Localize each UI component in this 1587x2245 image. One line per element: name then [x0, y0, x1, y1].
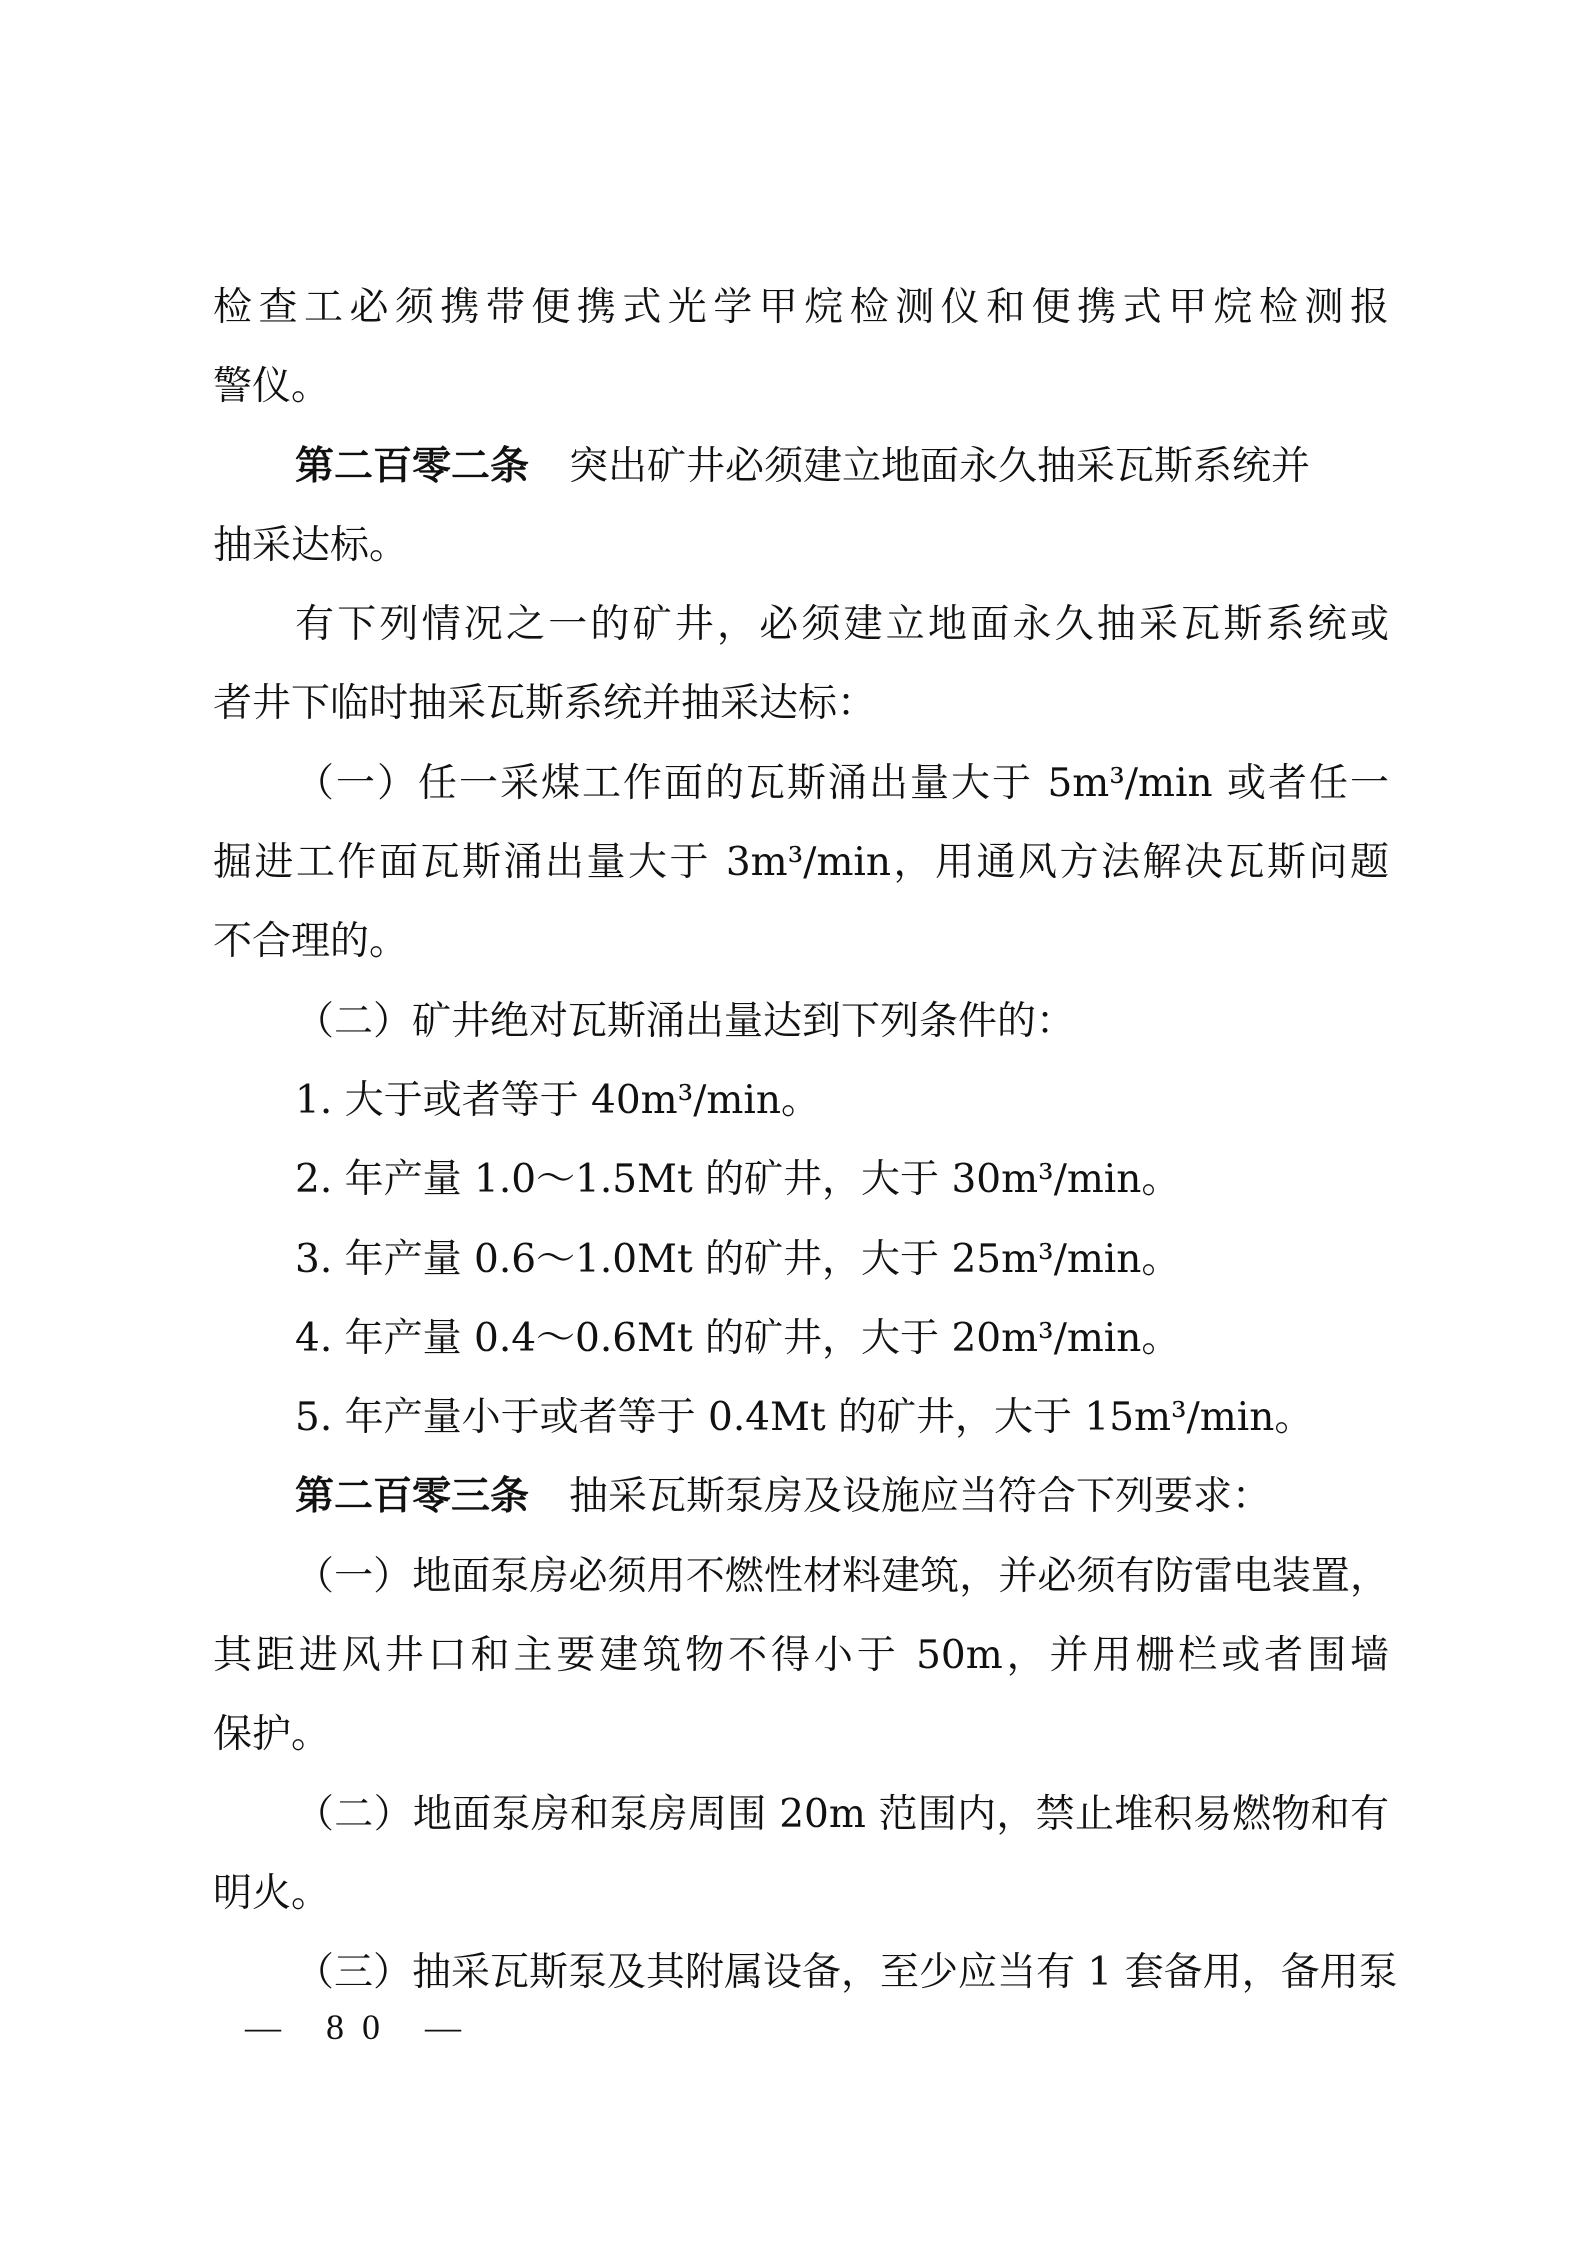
text-line: （一）地面泵房必须用不燃性材料建筑，并必须有防雷电装置， — [213, 1537, 1389, 1616]
text-line: 掘进工作面瓦斯涌出量大于 3m³/min，用通风方法解决瓦斯问题 — [213, 823, 1389, 902]
text-line: （二）地面泵房和泵房周围 20m 范围内，禁止堆积易燃物和有 — [213, 1775, 1389, 1854]
text-line: 明火。 — [213, 1854, 1389, 1933]
list-item: 2. 年产量 1.0～1.5Mt 的矿井，大于 30m³/min。 — [213, 1140, 1389, 1219]
article-202-line: 第二百零二条突出矿井必须建立地面永久抽采瓦斯系统并 — [213, 427, 1389, 506]
text-line: 其距进风井口和主要建筑物不得小于 50m，并用栅栏或者围墙 — [213, 1616, 1389, 1695]
page-number: — 80 — — [245, 2006, 479, 2048]
document-body: 检查工必须携带便携式光学甲烷检测仪和便携式甲烷检测报 警仪。 第二百零二条突出矿… — [213, 268, 1389, 2013]
text-line: 保护。 — [213, 1695, 1389, 1774]
article-text: 突出矿井必须建立地面永久抽采瓦斯系统并 — [569, 444, 1310, 489]
text-line: 者井下临时抽采瓦斯系统并抽采达标： — [213, 664, 1389, 743]
article-text: 抽采瓦斯泵房及设施应当符合下列要求： — [569, 1474, 1271, 1519]
list-item: 5. 年产量小于或者等于 0.4Mt 的矿井，大于 15m³/min。 — [213, 1378, 1389, 1457]
text-line: （三）抽采瓦斯泵及其附属设备，至少应当有 1 套备用，备用泵 — [213, 1933, 1389, 2012]
article-heading: 第二百零二条 — [295, 444, 529, 489]
text-line: （二）矿井绝对瓦斯涌出量达到下列条件的： — [213, 982, 1389, 1061]
article-heading: 第二百零三条 — [295, 1474, 529, 1519]
text-line: 不合理的。 — [213, 902, 1389, 981]
text-line: 抽采达标。 — [213, 506, 1389, 585]
text-line: 有下列情况之一的矿井，必须建立地面永久抽采瓦斯系统或 — [213, 585, 1389, 664]
text-line: 检查工必须携带便携式光学甲烷检测仪和便携式甲烷检测报 — [213, 268, 1389, 347]
text-line: （一）任一采煤工作面的瓦斯涌出量大于 5m³/min 或者任一 — [213, 744, 1389, 823]
text-line: 警仪。 — [213, 347, 1389, 426]
article-203-line: 第二百零三条抽采瓦斯泵房及设施应当符合下列要求： — [213, 1457, 1389, 1536]
list-item: 3. 年产量 0.6～1.0Mt 的矿井，大于 25m³/min。 — [213, 1220, 1389, 1299]
list-item: 1. 大于或者等于 40m³/min。 — [213, 1061, 1389, 1140]
list-item: 4. 年产量 0.4～0.6Mt 的矿井，大于 20m³/min。 — [213, 1299, 1389, 1378]
